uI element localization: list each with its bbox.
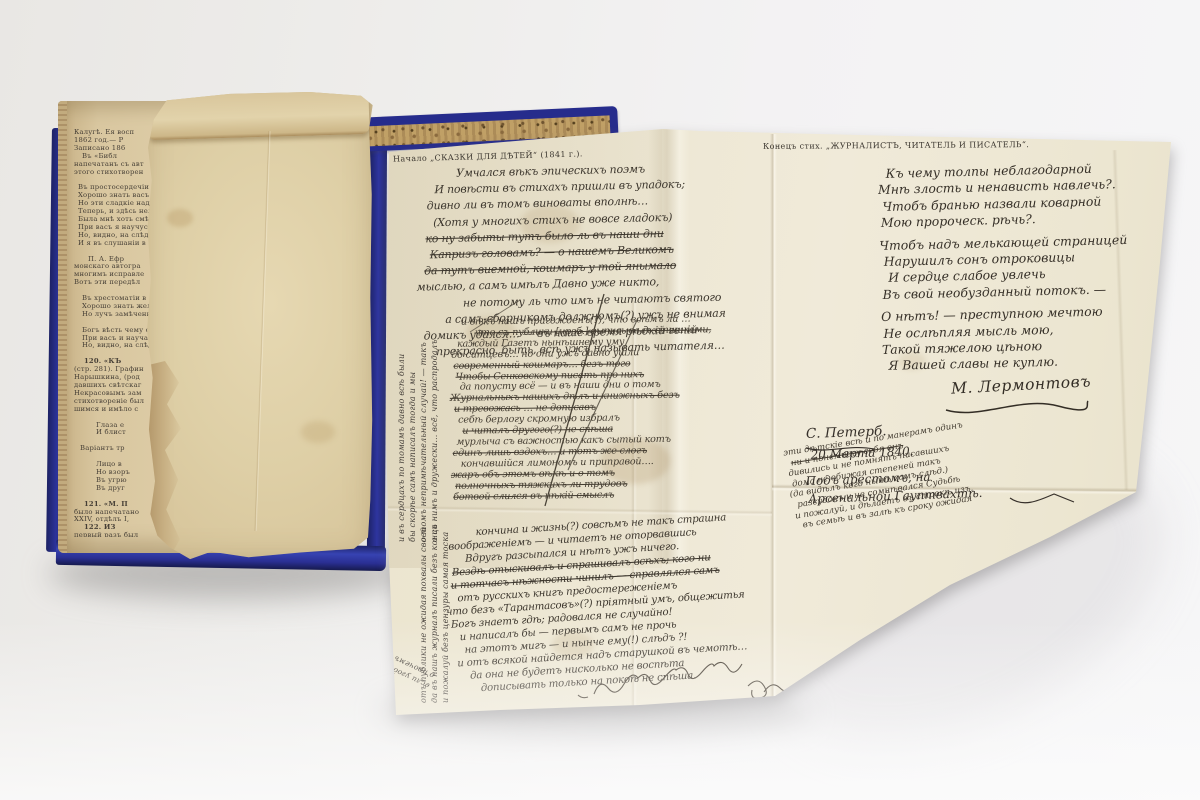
colophon-flourish bbox=[1010, 494, 1074, 503]
printed-caption-right: Конецъ стих. „ЖУРНАЛИСТЪ, ЧИТАТЕЛЬ И ПИС… bbox=[763, 140, 1029, 151]
signature-flourish bbox=[946, 401, 1088, 412]
handwriting-line: 20 Марта 1840. bbox=[810, 442, 981, 462]
vertical-fold-crease bbox=[770, 134, 777, 698]
manuscript-final-stanza: Къ чему толпы неблагодарнойМнѣ злость и … bbox=[877, 160, 1130, 375]
lermontov-signature: М. Лермонтовъ bbox=[951, 372, 1092, 397]
manuscript-draft-middle-block: и вѣкъ нашъ пригожденъ(?), что всѣмъ ли … bbox=[451, 314, 714, 503]
manuscript-draft-bottom-block: кончина и жизнь(?) совсѣмъ не такъ страш… bbox=[447, 510, 749, 696]
printed-caption-left: Начало „СКАЗКИ ДЛЯ ДѢТЕЙ“ (1841 г.). bbox=[393, 149, 583, 163]
handwriting-line: и въ сердцахъ по томамъ давно всѣ были bbox=[396, 262, 407, 542]
handwriting-line: бы скорѣе самъ написалъ тогда и мы bbox=[407, 262, 418, 542]
handwriting-line: ботвой слился въ нѣкій смыслъ bbox=[453, 489, 713, 504]
handwriting-line: Подъ арестомъ, на bbox=[805, 468, 982, 488]
facsimile-sheet: Начало „СКАЗКИ ДЛЯ ДѢТЕЙ“ (1841 г.). Кон… bbox=[0, 0, 1200, 800]
date-place-colophon: С. Петерб.20 Марта 1840.Подъ арестомъ, н… bbox=[804, 420, 983, 506]
facsimile-paper: Начало „СКАЗКИ ДЛЯ ДѢТЕЙ“ (1841 г.). Кон… bbox=[0, 0, 1200, 800]
handwriting-line: и пожалуй безъ цензуры самая тоска bbox=[440, 478, 451, 703]
photo-stage: Калугѣ. Ея восп1862 год.— РЗаписано 186В… bbox=[0, 0, 1200, 800]
handwriting-line: С. Петерб. bbox=[806, 420, 981, 442]
